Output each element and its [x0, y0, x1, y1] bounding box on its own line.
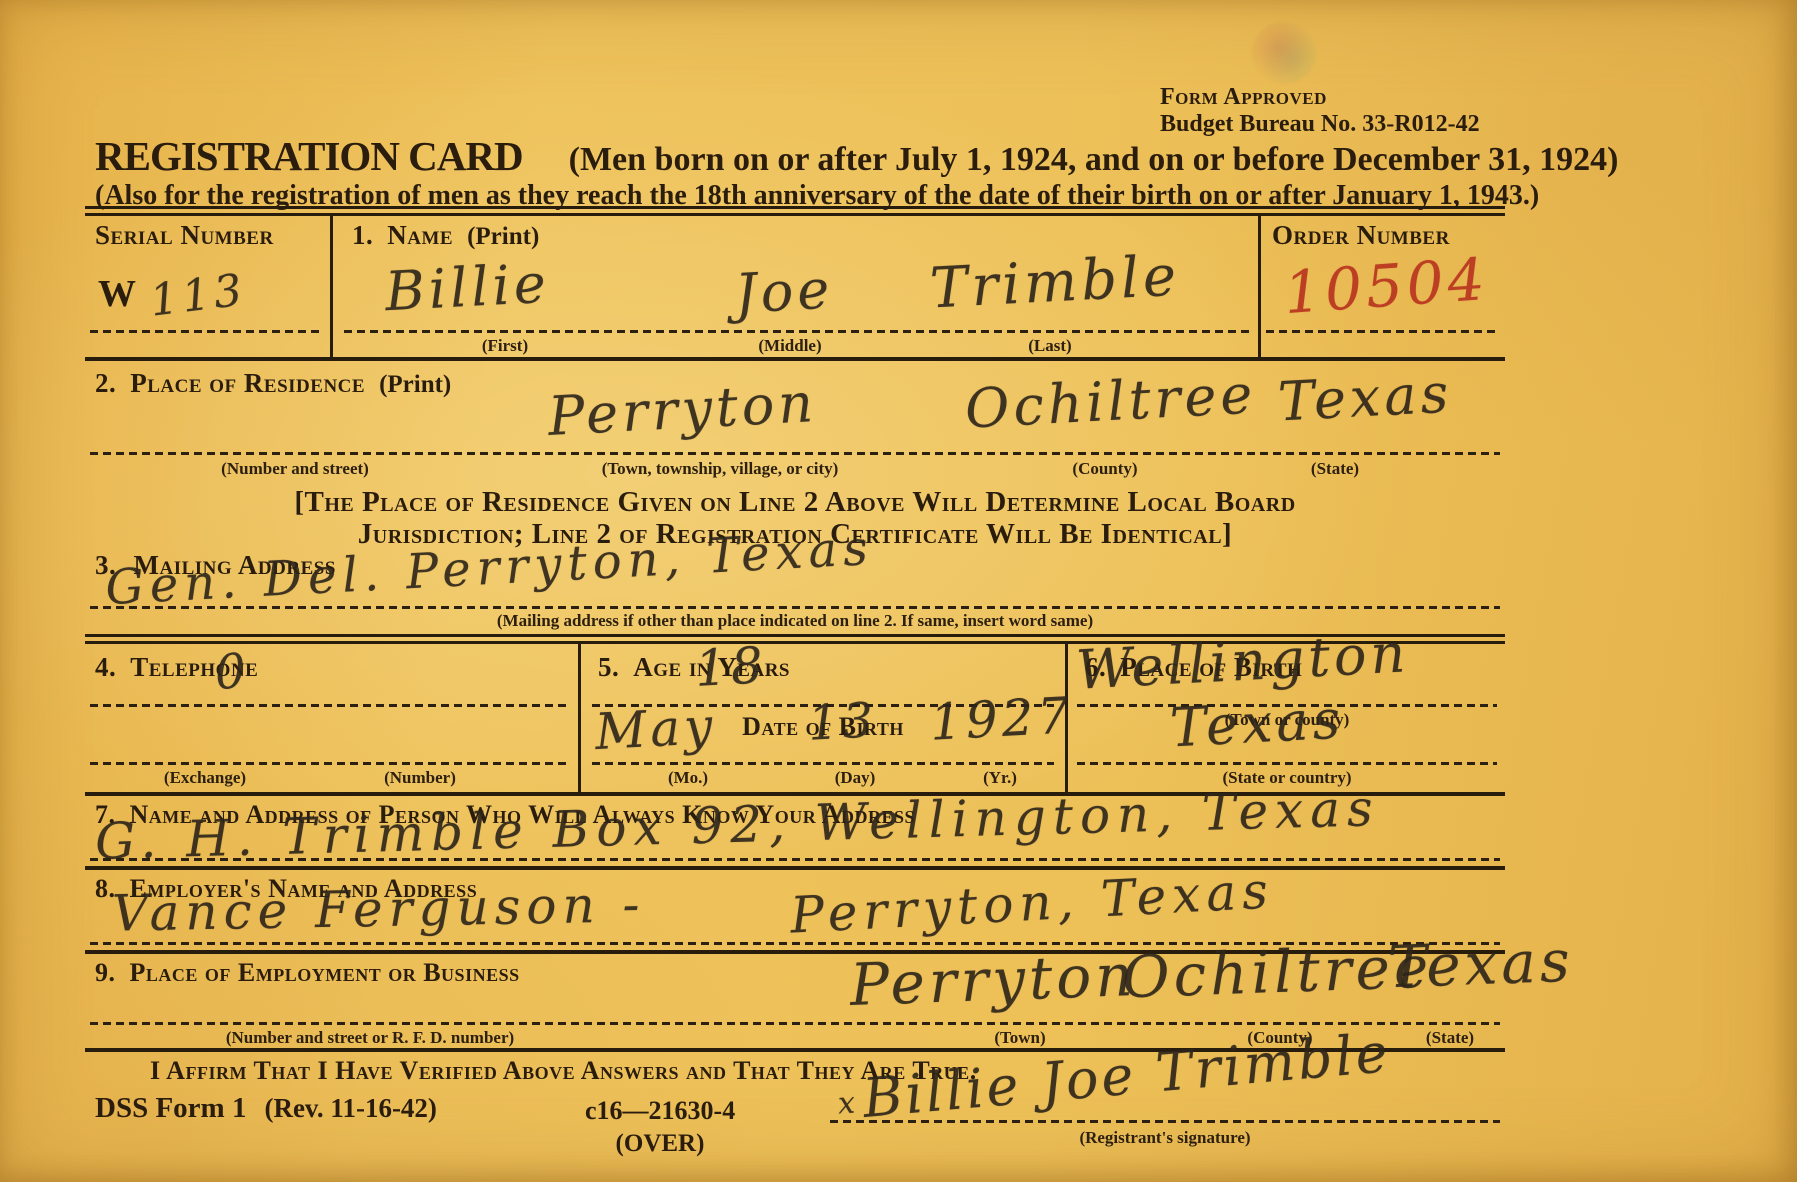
residence-label-text: Place of Residence — [130, 368, 365, 398]
residence-state-value: Texas — [1276, 361, 1453, 433]
dob-entry-line — [592, 762, 1054, 765]
residence-field-label: 2. Place of Residence (Print) — [95, 368, 451, 399]
name-last-value: Trimble — [928, 244, 1181, 322]
mailing-sublabel: (Mailing address if other than place ind… — [497, 611, 1093, 631]
employment-state-value: Texas — [1387, 927, 1575, 1001]
name-label-text: Name — [387, 220, 453, 250]
name-middle-value: Joe — [733, 257, 834, 325]
title-eligibility-note: (Men born on or after July 1, 1924, and … — [569, 141, 1619, 178]
corner-stamp-mark — [1252, 22, 1316, 84]
employment-street-sublabel: (Number and street or R. F. D. number) — [226, 1028, 514, 1048]
form-revision: (Rev. 11-16-42) — [264, 1093, 436, 1123]
employment-town-value: Perryton — [849, 941, 1138, 1019]
signature-mark: x — [837, 1085, 860, 1121]
name-last-sublabel: (Last) — [1028, 336, 1071, 356]
telephone-exchange-sublabel: (Exchange) — [164, 768, 246, 788]
form-approval-block: Form Approved Budget Bureau No. 33-R012-… — [1160, 84, 1480, 138]
name-field-label: 1. Name (Print) — [352, 220, 539, 251]
telephone-value: 0 — [214, 643, 251, 701]
telephone-field-number: 4. — [95, 652, 116, 682]
divider-telephone-age — [578, 644, 581, 792]
dob-year-sublabel: (Yr.) — [983, 768, 1017, 788]
divider-double-top — [85, 206, 1505, 216]
employment-town-sublabel: (Town) — [994, 1028, 1045, 1048]
serial-entry-line — [90, 330, 324, 333]
telephone-number-entry-line — [90, 762, 570, 765]
dob-month-value: May — [594, 697, 718, 761]
residence-state-sublabel: (State) — [1311, 459, 1359, 479]
print-code: c16—21630-4 — [585, 1096, 735, 1126]
employer-name-value: Vance Ferguson - — [112, 875, 646, 942]
residence-county-sublabel: (County) — [1072, 459, 1137, 479]
order-number-value: 10504 — [1282, 245, 1491, 327]
signature-sublabel: (Registrant's signature) — [1079, 1128, 1250, 1148]
residence-entry-line — [90, 452, 1500, 455]
contact-entry-line — [90, 858, 1500, 861]
divider-serial-name — [330, 216, 333, 357]
dob-year-value: 1927 — [929, 686, 1075, 751]
residence-print-qualifier: (Print) — [379, 371, 451, 398]
dob-month-sublabel: (Mo.) — [668, 768, 708, 788]
telephone-number-sublabel: (Number) — [384, 768, 456, 788]
employment-state-sublabel: (State) — [1426, 1028, 1474, 1048]
page-title: REGISTRATION CARD — [95, 133, 523, 179]
registrant-signature: Billie Joe Trimble — [860, 1021, 1393, 1130]
affirmation-statement: I Affirm That I Have Verified Above Answ… — [150, 1056, 977, 1086]
employment-field-number: 9. — [95, 958, 116, 987]
serial-number-value: 113 — [147, 264, 248, 326]
residence-town-sublabel: (Town, township, village, or city) — [602, 459, 839, 479]
name-print-qualifier: (Print) — [467, 223, 539, 250]
form-id: DSS Form 1 — [95, 1092, 246, 1124]
draft-registration-card: Form Approved Budget Bureau No. 33-R012-… — [0, 0, 1797, 1182]
employment-field-label: 9. Place of Employment or Business — [95, 958, 520, 988]
name-first-sublabel: (First) — [482, 336, 528, 356]
serial-prefix-value: W — [98, 272, 136, 316]
dob-day-value: 13 — [807, 692, 879, 752]
dob-day-sublabel: (Day) — [835, 768, 876, 788]
name-first-value: Billie — [383, 252, 551, 324]
residence-street-sublabel: (Number and street) — [221, 459, 369, 479]
birth-state-value: Texas — [1168, 687, 1345, 759]
name-field-number: 1. — [352, 220, 373, 250]
name-entry-line — [344, 330, 1252, 333]
divider-row1 — [85, 357, 1505, 361]
age-field-number: 5. — [598, 652, 619, 682]
employment-entry-line — [90, 1022, 1500, 1025]
over-note: (OVER) — [616, 1130, 705, 1158]
jurisdiction-notice-line1: [The Place of Residence Given on Line 2 … — [85, 486, 1505, 519]
employer-place-value: Perryton, Texas — [789, 861, 1275, 944]
age-value: 18 — [694, 636, 769, 698]
residence-county-value: Ochiltree — [964, 362, 1258, 440]
employment-label-text: Place of Employment or Business — [130, 958, 520, 987]
order-number-label: Order Number — [1272, 220, 1450, 251]
signature-entry-line — [830, 1120, 1500, 1123]
form-approved-text: Form Approved — [1160, 84, 1480, 111]
name-middle-sublabel: (Middle) — [758, 336, 821, 356]
order-entry-line — [1266, 330, 1500, 333]
residence-town-value: Perryton — [547, 371, 819, 448]
telephone-entry-line — [90, 704, 570, 707]
mailing-entry-line — [90, 606, 1500, 609]
title-row: REGISTRATION CARD (Men born on or after … — [95, 132, 1618, 180]
divider-row7 — [85, 866, 1505, 870]
divider-name-order — [1258, 216, 1261, 357]
birth-state-entry-line — [1077, 762, 1497, 765]
serial-number-label: Serial Number — [95, 220, 274, 251]
form-id-block: DSS Form 1 (Rev. 11-16-42) — [95, 1092, 437, 1125]
residence-field-number: 2. — [95, 368, 116, 398]
